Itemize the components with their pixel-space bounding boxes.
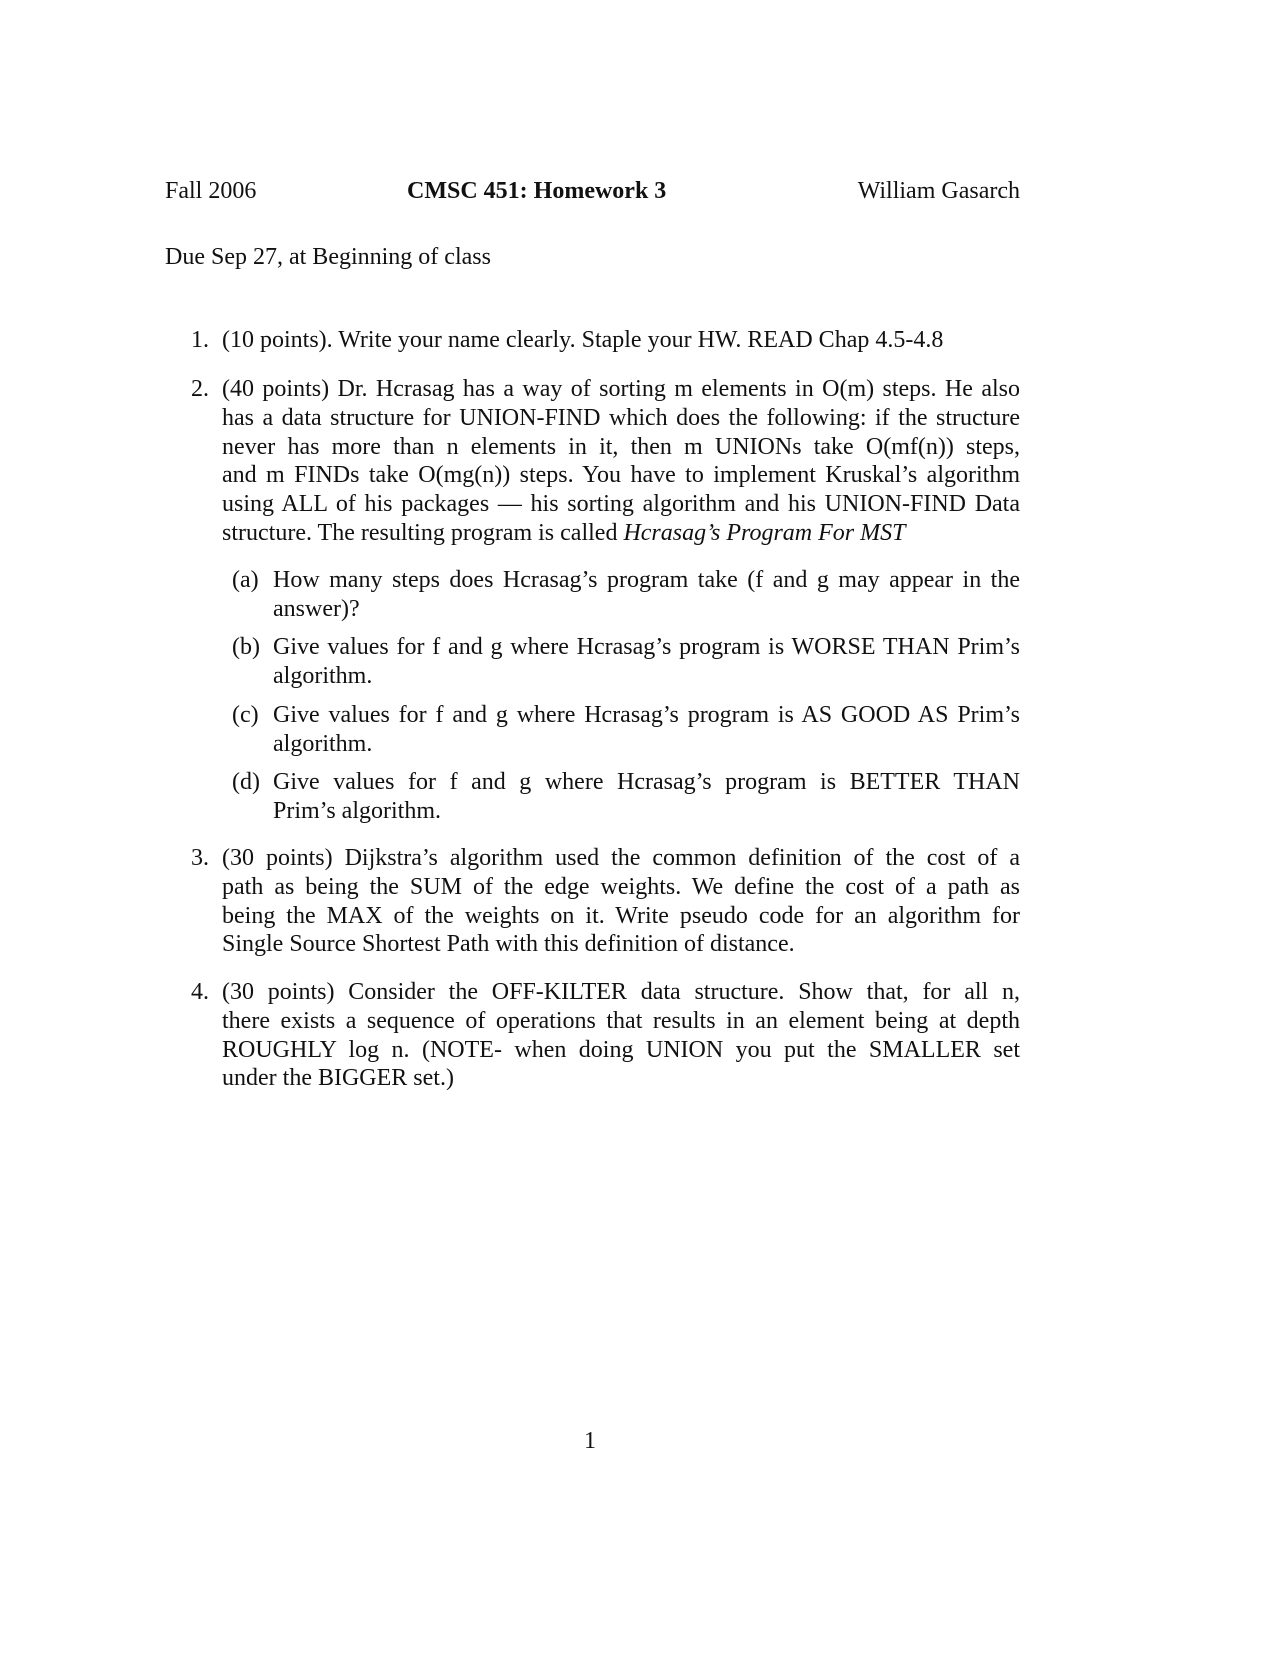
subpart-label: (a): [232, 566, 259, 595]
text-line: Give values for f and g where Hcrasag’s …: [273, 633, 1020, 662]
text-line: has a data structure for UNION-FIND whic…: [222, 404, 1020, 433]
text-line: algorithm.: [273, 662, 1020, 691]
text-line: there exists a sequence of operations th…: [222, 1007, 1020, 1036]
page-number: 1: [0, 1428, 1180, 1455]
text-line: (10 points). Write your name clearly. St…: [222, 326, 1020, 355]
text-line: structure. The resulting program is call…: [222, 519, 1020, 548]
subpart-text: Give values for f and g where Hcrasag’s …: [273, 768, 1020, 826]
document-page: Fall 2006 CMSC 451: Homework 3 William G…: [0, 0, 1280, 1656]
problem-number: 2.: [191, 375, 209, 404]
text-line: being the MAX of the weights on it. Writ…: [222, 902, 1020, 931]
document-title: CMSC 451: Homework 3: [407, 178, 666, 205]
subpart-label: (d): [232, 768, 260, 797]
text-line: Prim’s algorithm.: [273, 797, 1020, 826]
text-line: and m FINDs take O(mg(n)) steps. You hav…: [222, 461, 1020, 490]
text-line: Give values for f and g where Hcrasag’s …: [273, 768, 1020, 797]
subpart-label: (c): [232, 701, 259, 730]
text-line: never has more than n elements in it, th…: [222, 433, 1020, 462]
text-line: (30 points) Consider the OFF-KILTER data…: [222, 978, 1020, 1007]
text-line: path as being the SUM of the edge weight…: [222, 873, 1020, 902]
page-header: Fall 2006 CMSC 451: Homework 3 William G…: [165, 178, 1020, 212]
subpart-text: How many steps does Hcrasag’s program ta…: [273, 566, 1020, 624]
text-line: (40 points) Dr. Hcrasag has a way of sor…: [222, 375, 1020, 404]
problem-number: 4.: [191, 978, 209, 1007]
text-line: under the BIGGER set.): [222, 1064, 1020, 1093]
subpart-text: Give values for f and g where Hcrasag’s …: [273, 633, 1020, 691]
text-line: Give values for f and g where Hcrasag’s …: [273, 701, 1020, 730]
text-segment: structure. The resulting program is call…: [222, 520, 623, 546]
problem-number: 1.: [191, 326, 209, 355]
text-line: ROUGHLY log n. (NOTE- when doing UNION y…: [222, 1036, 1020, 1065]
problem-text: (30 points) Dijkstra’s algorithm used th…: [222, 844, 1020, 959]
problem-number: 3.: [191, 844, 209, 873]
term-label: Fall 2006: [165, 178, 256, 205]
text-line: using ALL of his packages — his sorting …: [222, 490, 1020, 519]
subpart-text: Give values for f and g where Hcrasag’s …: [273, 701, 1020, 759]
text-line: How many steps does Hcrasag’s program ta…: [273, 566, 1020, 595]
text-line: algorithm.: [273, 730, 1020, 759]
text-line: Single Source Shortest Path with this de…: [222, 930, 1020, 959]
text-line: answer)?: [273, 595, 1020, 624]
problem-text: (30 points) Consider the OFF-KILTER data…: [222, 978, 1020, 1093]
text-line: (30 points) Dijkstra’s algorithm used th…: [222, 844, 1020, 873]
author-name: William Gasarch: [858, 178, 1020, 205]
program-name: Hcrasag’s Program For MST: [623, 520, 905, 546]
problem-text: (40 points) Dr. Hcrasag has a way of sor…: [222, 375, 1020, 548]
subpart-label: (b): [232, 633, 260, 662]
due-date: Due Sep 27, at Beginning of class: [165, 244, 491, 271]
problem-text: (10 points). Write your name clearly. St…: [222, 326, 1020, 355]
